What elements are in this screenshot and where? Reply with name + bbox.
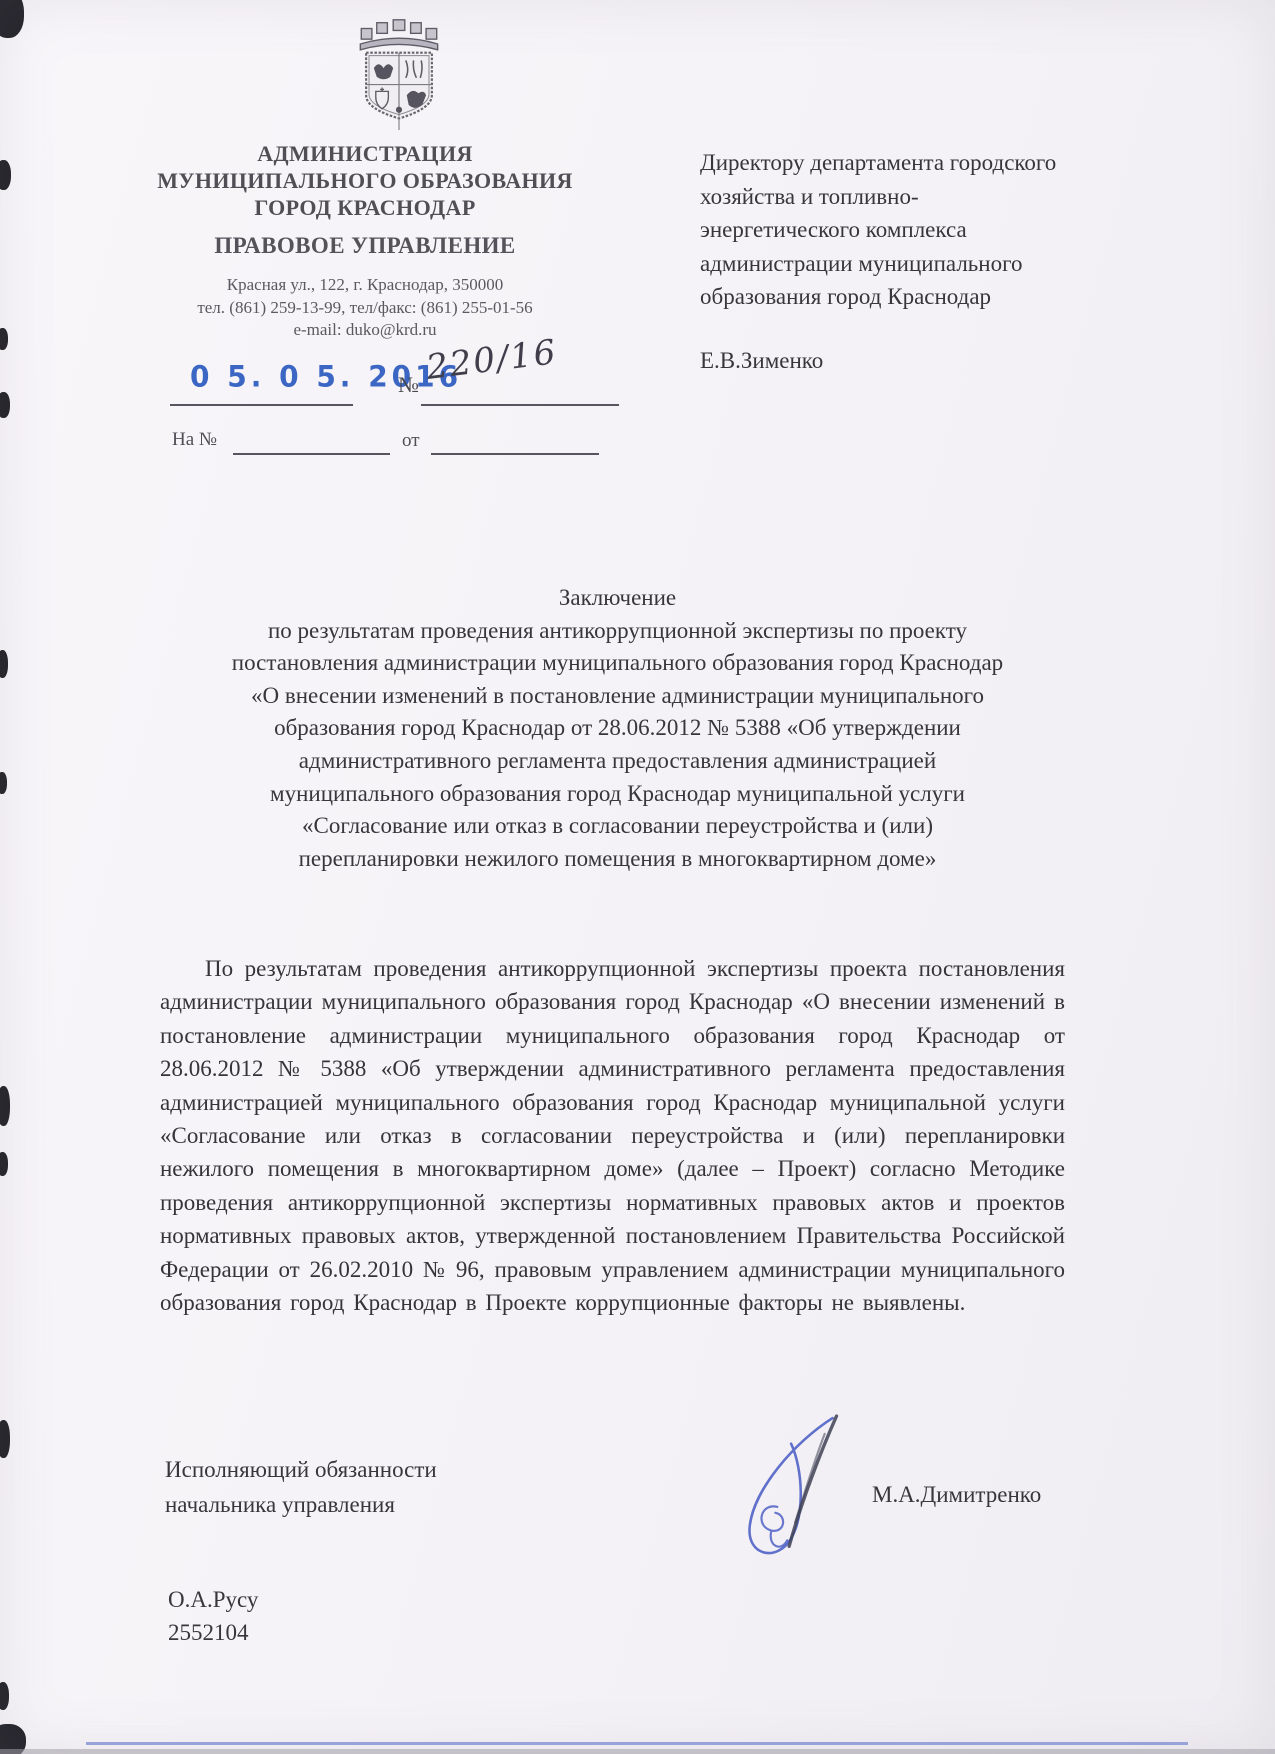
- addressee-name: Е.В.Зименко: [700, 344, 1070, 378]
- number-label: №: [398, 372, 419, 398]
- title-line: «Согласование или отказ в согласовании п…: [150, 810, 1085, 843]
- scan-artifact: [0, 160, 11, 190]
- document-title: Заключение по результатам проведения ант…: [150, 582, 1085, 875]
- scan-artifact: [0, 1749, 1275, 1754]
- title-line: муниципального образования город Краснод…: [150, 778, 1085, 811]
- number-underline: [421, 404, 619, 406]
- scanned-letter-page: АДМИНИСТРАЦИЯ МУНИЦИПАЛЬНОГО ОБРАЗОВАНИЯ…: [0, 0, 1275, 1754]
- signer-position-line: Исполняющий обязанности: [165, 1452, 437, 1487]
- reply-date-label: от: [402, 430, 420, 452]
- addressee-line: администрации муниципального: [700, 247, 1070, 281]
- reply-date-underline: [431, 453, 599, 455]
- scan-artifact: [0, 392, 10, 418]
- body-paragraph: По результатам проведения антикоррупцион…: [160, 952, 1065, 1319]
- title-line: по результатам проведения антикоррупцион…: [150, 615, 1085, 648]
- reply-number-label: На №: [172, 429, 217, 451]
- department-name: ПРАВОВОЕ УПРАВЛЕНИЕ: [103, 233, 627, 259]
- address-line: тел. (861) 259-13-99, тел/факс: (861) 25…: [103, 297, 627, 320]
- scan-artifact: [0, 1682, 9, 1710]
- reply-number-underline: [233, 453, 390, 455]
- krasnodar-coat-of-arms-icon: [356, 14, 442, 132]
- signer-position: Исполняющий обязанности начальника управ…: [165, 1452, 437, 1522]
- handwritten-signature: [726, 1412, 874, 1580]
- addressee-block: Директору департамента городского хозяйс…: [700, 146, 1070, 377]
- scan-artifact: [0, 1420, 10, 1458]
- title-heading: Заключение: [150, 582, 1085, 615]
- executor-name: О.А.Русу: [168, 1583, 258, 1616]
- addressee-line: Директору департамента городского: [700, 146, 1070, 180]
- addressee-line: образования город Краснодар: [700, 280, 1070, 314]
- org-name-line: АДМИНИСТРАЦИЯ: [103, 140, 627, 167]
- signer-name: М.А.Димитренко: [872, 1482, 1041, 1508]
- date-stamp: 0 5. 0 5. 2016: [190, 359, 462, 393]
- scan-artifact: [0, 328, 8, 350]
- date-underline: [170, 404, 353, 406]
- org-name-line: МУНИЦИПАЛЬНОГО ОБРАЗОВАНИЯ: [103, 167, 627, 194]
- title-line: образования город Краснодар от 28.06.201…: [150, 712, 1085, 745]
- addressee-line: энергетического комплекса: [700, 213, 1070, 247]
- scan-artifact: [0, 1152, 8, 1176]
- executor-phone: 2552104: [168, 1616, 258, 1649]
- title-line: постановления администрации муниципально…: [150, 647, 1085, 680]
- addressee-line: хозяйства и топливно-: [700, 180, 1070, 214]
- letterhead-address: Красная ул., 122, г. Краснодар, 350000 т…: [103, 274, 627, 342]
- scan-artifact: [0, 650, 8, 678]
- title-line: «О внесении изменений в постановление ад…: [150, 680, 1085, 713]
- title-line: административного регламента предоставле…: [150, 745, 1085, 778]
- address-line: Красная ул., 122, г. Краснодар, 350000: [103, 274, 627, 297]
- scan-artifact: [86, 1742, 1188, 1745]
- title-line: перепланировки нежилого помещения в мног…: [150, 843, 1085, 876]
- scan-artifact: [0, 772, 7, 794]
- scan-artifact: [0, 1086, 10, 1126]
- executor-block: О.А.Русу 2552104: [168, 1583, 258, 1649]
- signer-position-line: начальника управления: [165, 1487, 437, 1522]
- letterhead: АДМИНИСТРАЦИЯ МУНИЦИПАЛЬНОГО ОБРАЗОВАНИЯ…: [103, 140, 627, 342]
- org-name-line: ГОРОД КРАСНОДАР: [103, 194, 627, 221]
- scan-artifact: [0, 0, 24, 38]
